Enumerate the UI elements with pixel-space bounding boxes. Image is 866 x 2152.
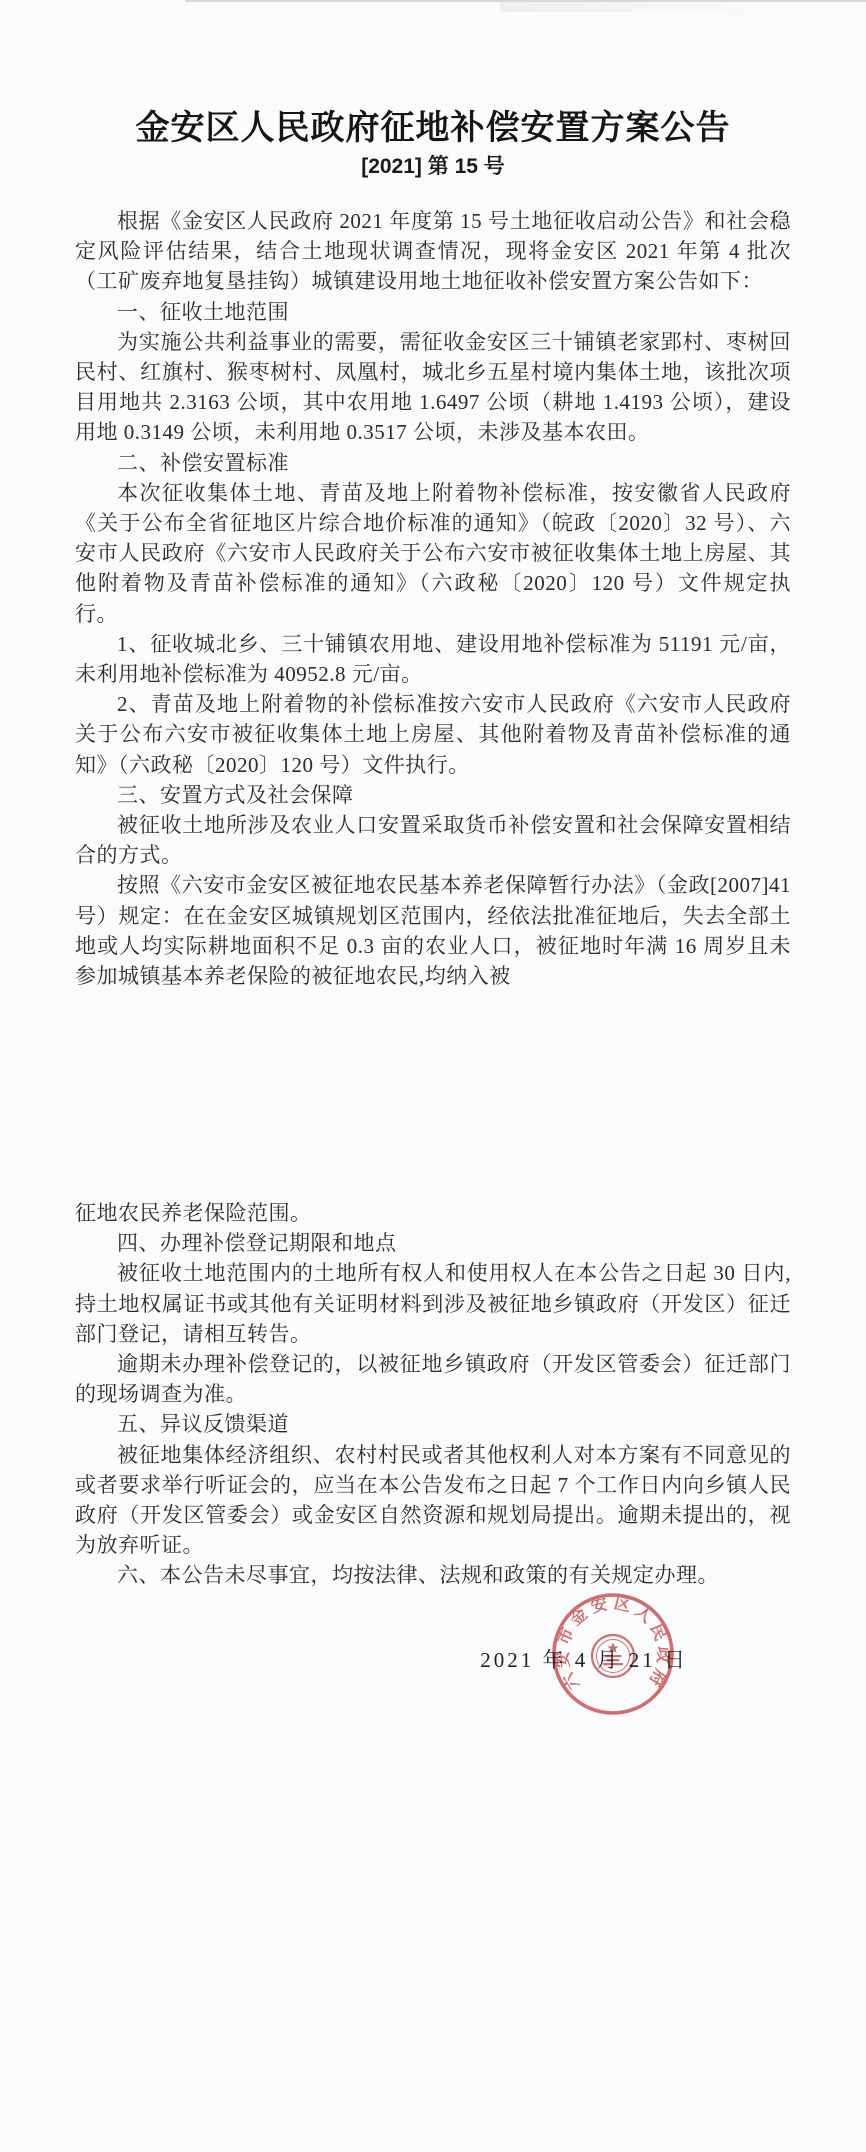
page-title: 金安区人民政府征地补偿安置方案公告 [0,100,866,149]
body-text-page2: 征地农民养老保险范围。 四、办理补偿登记期限和地点 被征收土地范围内的土地所有权… [75,1198,791,1591]
section-3-paragraph-2: 按照《六安市金安区被征地农民基本养老保障暂行办法》（金政[2007]41 号）规… [75,870,791,991]
national-emblem-icon [592,1635,634,1677]
document-number: [2021] 第 15 号 [0,150,866,180]
section-1-paragraph: 为实施公共利益事业的需要，需征收金安区三十铺镇老家郢村、枣树回民村、红旗村、猴枣… [75,327,791,448]
section-2-item-2: 2、青苗及地上附着物的补偿标准按六安市人民政府《六安市人民政府关于公布六安市被征… [75,689,791,780]
section-4-paragraph-2: 逾期未办理补偿登记的，以被征地乡镇政府（开发区管委会）征迁部门的现场调查为准。 [75,1349,791,1409]
section-6-paragraph: 六、本公告未尽事宜，均按法律、法规和政策的有关规定办理。 [75,1560,791,1590]
section-3-continuation: 征地农民养老保险范围。 [75,1198,791,1228]
section-3-paragraph-1: 被征收土地所涉及农业人口安置采取货币补偿安置和社会保障安置相结合的方式。 [75,810,791,870]
paragraph-intro: 根据《金安区人民政府 2021 年度第 15 号土地征收启动公告》和社会稳定风险… [75,206,791,297]
body-text-page1: 根据《金安区人民政府 2021 年度第 15 号土地征收启动公告》和社会稳定风险… [75,206,791,991]
section-2-item-1: 1、征收城北乡、三十铺镇农用地、建设用地补偿标准为 51191 元/亩，未利用地… [75,629,791,689]
section-3-heading: 三、安置方式及社会保障 [75,780,791,810]
scanned-announcement-page: 金安区人民政府征地补偿安置方案公告 [2021] 第 15 号 根据《金安区人民… [0,0,866,2152]
section-2-paragraph: 本次征收集体土地、青苗及地上附着物补偿标准，按安徽省人民政府《关于公布全省征地区… [75,478,791,629]
section-4-paragraph-1: 被征收土地范围内的土地所有权人和使用权人在本公告之日起 30 日内,持土地权属证… [75,1258,791,1349]
section-2-heading: 二、补偿安置标准 [75,448,791,478]
official-seal: 六安市金安区人民政府 [549,1590,677,1718]
section-5-heading: 五、异议反馈渠道 [75,1409,791,1439]
scan-smudge-artifact [500,2,780,12]
section-4-heading: 四、办理补偿登记期限和地点 [75,1228,791,1258]
section-1-heading: 一、征收土地范围 [75,297,791,327]
section-5-paragraph: 被征地集体经济组织、农村村民或者其他权利人对本方案有不同意见的或者要求举行听证会… [75,1440,791,1561]
